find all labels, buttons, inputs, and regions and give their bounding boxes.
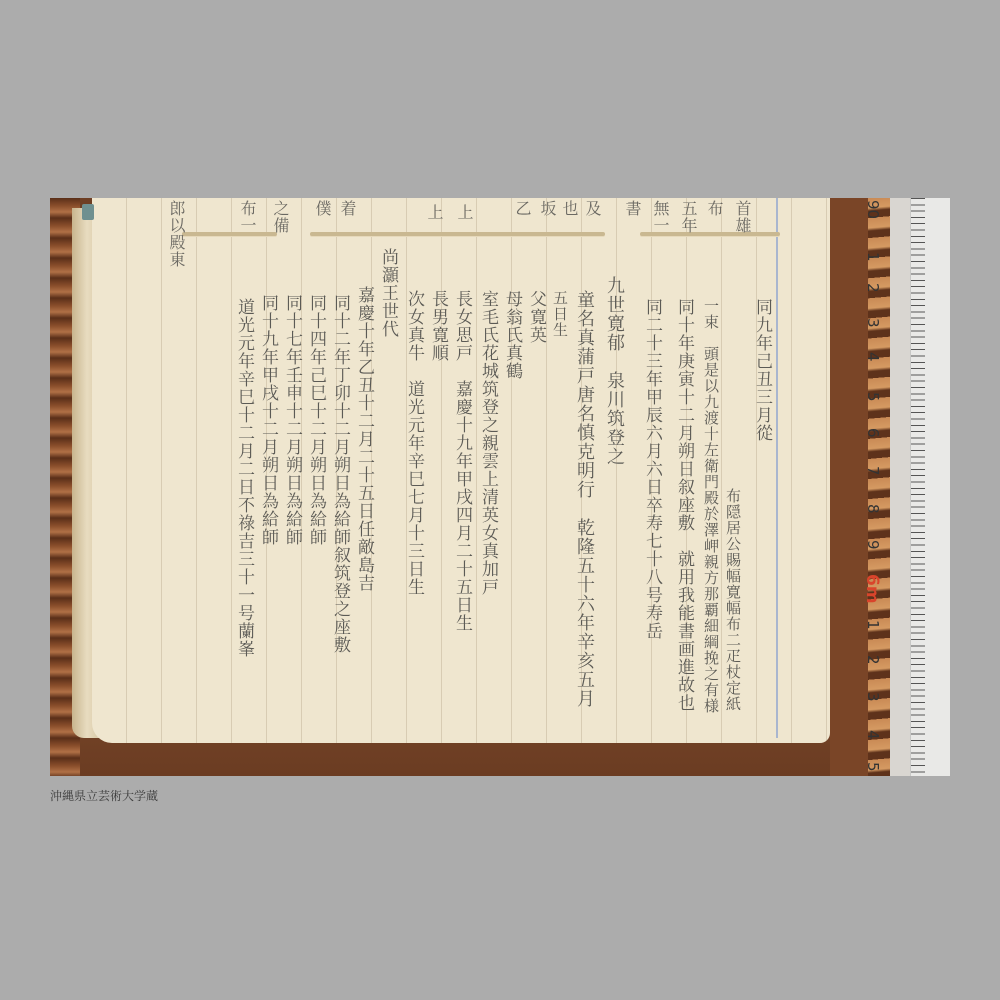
text-column: 同九年己丑三月從 (752, 298, 772, 442)
text-column: 同十四年己巳十二月朔日為給師 (306, 294, 326, 546)
text-column: 道光元年辛巳十二月二日不祿吉三十一号蘭峯 (234, 298, 254, 658)
text-column: 同十年庚寅十二月朔日叙座敷 就用我能書画進故也 (674, 298, 694, 712)
header-fragment: 書 (622, 200, 642, 217)
header-fragment: 之備 (270, 200, 290, 234)
header-fragment: 僕 (312, 200, 332, 217)
margin-line (776, 198, 778, 738)
ruler-label: 9 (864, 540, 882, 550)
ruler-label: 7 (864, 466, 882, 476)
header-fragment: 首雄 (732, 200, 752, 234)
ruler-label: 4 (864, 352, 882, 362)
text-column: 五日生 (550, 290, 570, 338)
header-fragment: 坂 (537, 200, 557, 217)
text-column: 父寛英 (526, 290, 546, 344)
header-fragment: 郎以殿東 (166, 200, 186, 268)
text-column: 尚灝王世代 (378, 248, 398, 338)
ruler-label: 3 (864, 692, 882, 702)
header-fragment: 着 (337, 200, 357, 217)
header-fragment: 布 (704, 200, 724, 217)
ruler-label: 5 (864, 392, 882, 402)
text-column: 室毛氏花城筑登之親雲上清英女真加戸 (478, 290, 498, 596)
text-column: 長男寛順 (428, 290, 448, 362)
text-column: 九世寛郁 泉川筑登之 (604, 276, 624, 466)
background-strip (890, 198, 910, 776)
ruler-label: 3 (864, 318, 882, 328)
header-fragment: 上 (454, 204, 474, 221)
text-column: 布隠居公賜幅寛幅布二疋杖定紙 (724, 488, 741, 712)
header-fragment: 乙 (512, 200, 532, 217)
ruler-label: 2 (864, 283, 882, 293)
header-fragment: 及 (582, 200, 602, 217)
measuring-tape (910, 198, 950, 776)
text-column: 同十九年甲戌十二月朔日為給師 (258, 294, 278, 546)
header-fragment: 無一 (650, 200, 670, 234)
ruler-label: 8 (864, 504, 882, 514)
text-column: 嘉慶十年乙丑十二月二十五日任敵島吉 (354, 286, 374, 592)
notebook-photo: 郎以殿東 布一 之備 僕 着 上 上 乙 坂 也 及 書 無一 五年 布 首雄 … (50, 198, 950, 776)
ruler-label: 1 (864, 620, 882, 630)
text-column: 次女真牛 道光元年辛巳七月十三日生 (404, 290, 424, 596)
text-column: 同十二年丁卯十二月朔日為給師叙筑登之座敷 (330, 294, 350, 654)
ruler-label: 2 (864, 655, 882, 665)
bookmark-tab (82, 204, 94, 220)
text-column: 長女思戸 嘉慶十九年甲戌四月二十五日生 (452, 290, 472, 632)
image-caption: 沖縄県立芸術大学蔵 (50, 787, 158, 804)
ruler-label: 90 (864, 200, 882, 219)
stitch-fold-middle (310, 232, 605, 236)
text-column: 一束 頭是以九渡十左衛門殿於澤岬親方那覇細綱挽之有様 (702, 298, 719, 714)
ruler-label: 1 (864, 252, 882, 262)
header-fragment: 布一 (237, 200, 257, 234)
text-column: 童名真蒲戸唐名慎克明行 乾隆五十六年辛亥五月 (574, 290, 594, 708)
header-fragment: 上 (424, 204, 444, 221)
ruler-label: 6 (864, 428, 882, 438)
notebook-page: 郎以殿東 布一 之備 僕 着 上 上 乙 坂 也 及 書 無一 五年 布 首雄 … (92, 198, 830, 743)
ruler-label: 5 (864, 762, 882, 772)
text-column: 同二十三年甲辰六月六日卒寿七十八号寿岳 (642, 298, 662, 640)
stitch-fold-left (182, 232, 277, 236)
header-fragment: 五年 (678, 200, 698, 234)
header-fragment: 也 (559, 200, 579, 217)
text-column: 同十七年壬申十二月朔日為給師 (282, 294, 302, 546)
text-column: 母翁氏真鶴 (502, 290, 522, 380)
ruler-unit-label: 6m (862, 574, 882, 604)
ruler-label: 4 (864, 730, 882, 740)
